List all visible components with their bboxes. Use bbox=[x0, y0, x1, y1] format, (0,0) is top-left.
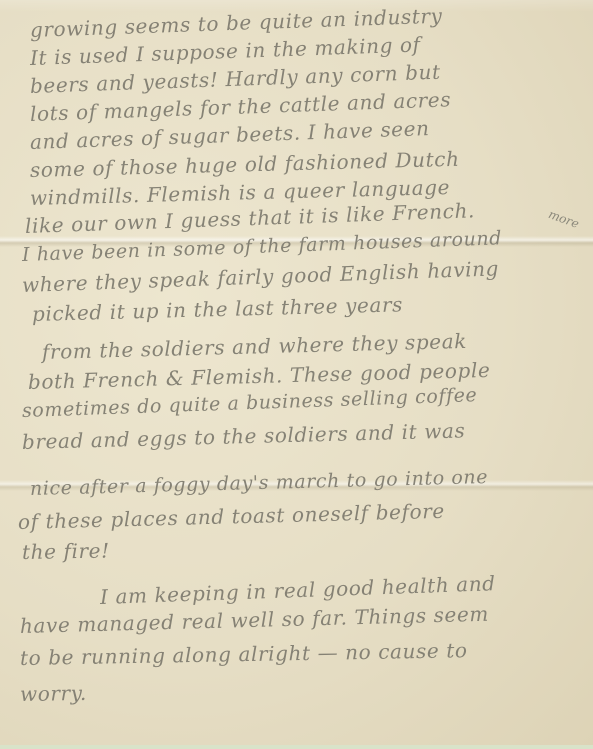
handwritten-line: have managed real well so far. Things se… bbox=[20, 602, 490, 638]
margin-note: more bbox=[547, 207, 581, 231]
handwritten-line: the fire! bbox=[22, 538, 110, 564]
handwritten-line: bread and eggs to the soldiers and it wa… bbox=[22, 418, 466, 454]
handwritten-line: to be running along alright — no cause t… bbox=[20, 638, 468, 670]
handwritten-line: nice after a foggy day's march to go int… bbox=[30, 466, 489, 500]
letter-page: growing seems to be quite an industry It… bbox=[0, 0, 593, 749]
handwritten-line: picked it up in the last three years bbox=[32, 292, 404, 326]
handwritten-line: worry. bbox=[20, 681, 87, 706]
handwritten-line: from the soldiers and where they speak bbox=[42, 329, 468, 364]
handwritten-line: of these places and toast oneself before bbox=[18, 499, 445, 534]
